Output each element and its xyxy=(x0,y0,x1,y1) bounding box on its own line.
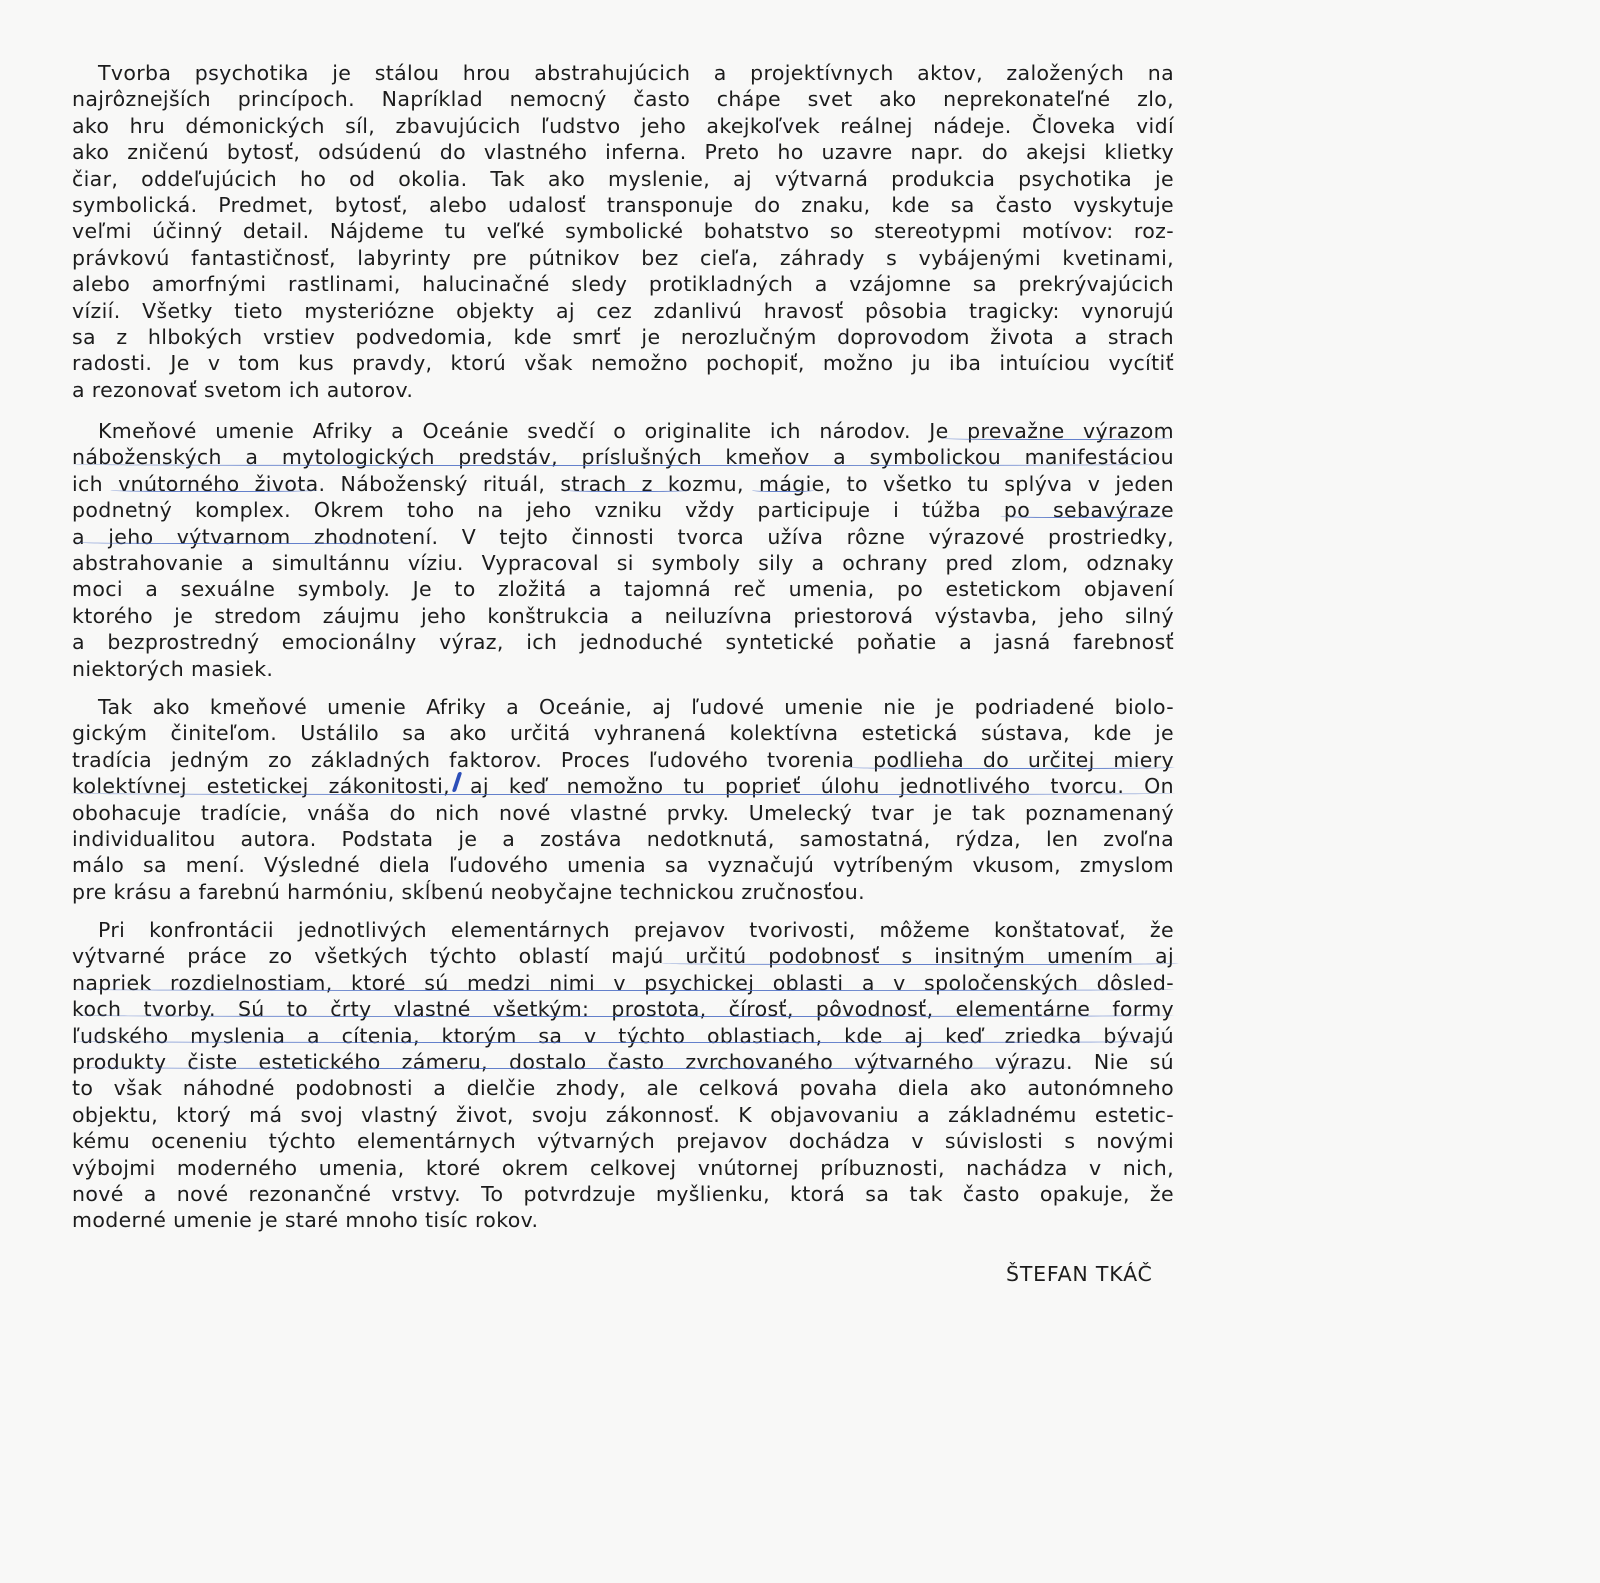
text-line: symbolická. Predmet, bytosť, alebo udalo… xyxy=(72,192,1174,218)
text-line: pre krásu a farebnú harmóniu, skĺbenú ne… xyxy=(72,879,1174,905)
text-line: gickým činiteľom. Ustálilo sa ako určitá… xyxy=(72,720,1174,746)
text-line: a rezonovať svetom ich autorov. xyxy=(72,377,1174,403)
pen-underline xyxy=(72,987,1177,991)
text-line: vízií. Všetky tieto mysteriózne objekty … xyxy=(72,298,1174,324)
text-line: koch tvorby. Sú to črty vlastné všetkým:… xyxy=(72,996,1174,1022)
text-line: produkty čiste estetického zámeru, dosta… xyxy=(72,1049,1174,1075)
paragraph-2: Kmeňové umenie Afriky a Oceánie svedčí o… xyxy=(72,418,1174,682)
text-line: tradícia jedným zo základných faktorov. … xyxy=(72,747,1174,773)
text-line: sa z hlbokých vrstiev podvedomia, kde sm… xyxy=(72,324,1174,350)
text-line: ako zničenú bytosť, odsúdenú do vlastnéh… xyxy=(72,139,1174,165)
text-line: moci a sexuálne symboly. Je to zložitá a… xyxy=(72,576,1174,602)
text-line: Pri konfrontácii jednotlivých elementárn… xyxy=(72,917,1174,943)
text-line: niektorých masiek. xyxy=(72,656,1174,682)
pen-underline xyxy=(72,1039,1177,1043)
document-page: Tvorba psychotika je stálou hrou abstrah… xyxy=(0,0,1600,1583)
text-line: Kmeňové umenie Afriky a Oceánie svedčí o… xyxy=(72,418,1174,444)
pen-underline xyxy=(110,488,318,492)
text-line: kolektívnej estetickej zákonitosti, aj k… xyxy=(72,773,1174,799)
author-signature: ŠTEFAN TKÁČ xyxy=(1006,1262,1153,1286)
pen-underline xyxy=(752,488,814,492)
pen-underline xyxy=(68,791,1178,795)
text-line: ľudského myslenia a cítenia, ktorým sa v… xyxy=(72,1023,1174,1049)
text-line: právkovú fantastičnosť, labyrinty pre pú… xyxy=(72,245,1174,271)
text-line: Tak ako kmeňové umenie Afriky a Oceánie,… xyxy=(72,694,1174,720)
text-line: výtvarné práce zo všetkých týchto oblast… xyxy=(72,943,1174,969)
pen-underline xyxy=(72,1013,1177,1017)
text-line: to však náhodné podobnosti a dielčie zho… xyxy=(72,1075,1174,1101)
text-line: moderné umenie je staré mnoho tisíc roko… xyxy=(72,1207,1174,1233)
text-line: abstrahovanie a simultánnu víziu. Vyprac… xyxy=(72,550,1174,576)
pen-underline xyxy=(70,462,1165,466)
pen-underline xyxy=(660,961,1180,965)
text-line: málo sa mení. Výsledné diela ľudového um… xyxy=(72,852,1174,878)
text-line: veľmi účinný detail. Nájdeme tu veľké sy… xyxy=(72,218,1174,244)
text-line: a bezprostredný emocionálny výraz, ich j… xyxy=(72,629,1174,655)
text-line: kému oceneniu týchto elementárnych výtva… xyxy=(72,1128,1174,1154)
text-line: náboženských a mytologických predstáv, p… xyxy=(72,444,1174,470)
text-line: Tvorba psychotika je stálou hrou abstrah… xyxy=(72,60,1174,86)
text-line: výbojmi moderného umenia, ktoré okrem ce… xyxy=(72,1155,1174,1181)
text-line: radosti. Je v tom kus pravdy, ktorú však… xyxy=(72,350,1174,376)
pen-underline xyxy=(75,540,415,544)
paragraph-3: Tak ako kmeňové umenie Afriky a Oceánie,… xyxy=(72,694,1174,905)
text-line: podnetný komplex. Okrem toho na jeho vzn… xyxy=(72,497,1174,523)
text-line: ktorého je stredom záujmu jeho konštrukc… xyxy=(72,603,1174,629)
pen-underline xyxy=(1000,514,1170,518)
text-line: individualitou autora. Podstata je a zos… xyxy=(72,826,1174,852)
text-line: čiar, oddeľujúcich ho od okolia. Tak ako… xyxy=(72,166,1174,192)
pen-underline xyxy=(565,488,690,492)
text-line: obohacuje tradície, vnáša do nich nové v… xyxy=(72,800,1174,826)
text-line: ako hru démonických síl, zbavujúcich ľud… xyxy=(72,113,1174,139)
text-line: a jeho výtvarnom zhodnotení. V tejto čin… xyxy=(72,524,1174,550)
text-line: nové a nové rezonančné vrstvy. To potvrd… xyxy=(72,1181,1174,1207)
text-line: ich vnútorného života. Náboženský rituál… xyxy=(72,471,1174,497)
text-line: najrôznejších princípoch. Napríklad nemo… xyxy=(72,86,1174,112)
pen-underline xyxy=(72,1065,1072,1069)
text-line: objektu, ktorý má svoj vlastný život, sv… xyxy=(72,1102,1174,1128)
pen-underline xyxy=(940,436,1172,440)
pen-underline xyxy=(845,765,1175,769)
text-line: napriek rozdielnostiam, ktoré sú medzi n… xyxy=(72,970,1174,996)
paragraph-1: Tvorba psychotika je stálou hrou abstrah… xyxy=(72,60,1174,403)
text-line: alebo amorfnými rastlinami, halucinačné … xyxy=(72,271,1174,297)
